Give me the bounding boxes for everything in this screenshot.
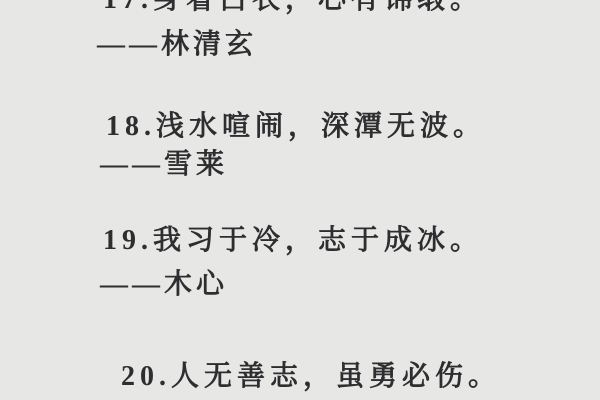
quote-18-text: 18.浅水喧闹，深潭无波。 — [106, 112, 486, 143]
quote-17-text: 17.身着白衣，心有锦缎。 — [103, 0, 483, 16]
quote-19-author: ——木心 — [100, 270, 228, 301]
quote-18-author: ——雪莱 — [100, 150, 228, 181]
quote-19-text: 19.我习于冷，志于成冰。 — [103, 226, 483, 257]
quote-page: 17.身着白衣，心有锦缎。 ——林清玄 18.浅水喧闹，深潭无波。 ——雪莱 1… — [0, 0, 600, 400]
quote-20-text: 20.人无善志，虽勇必伤。 — [121, 362, 501, 393]
quote-17-author: ——林清玄 — [97, 30, 257, 61]
